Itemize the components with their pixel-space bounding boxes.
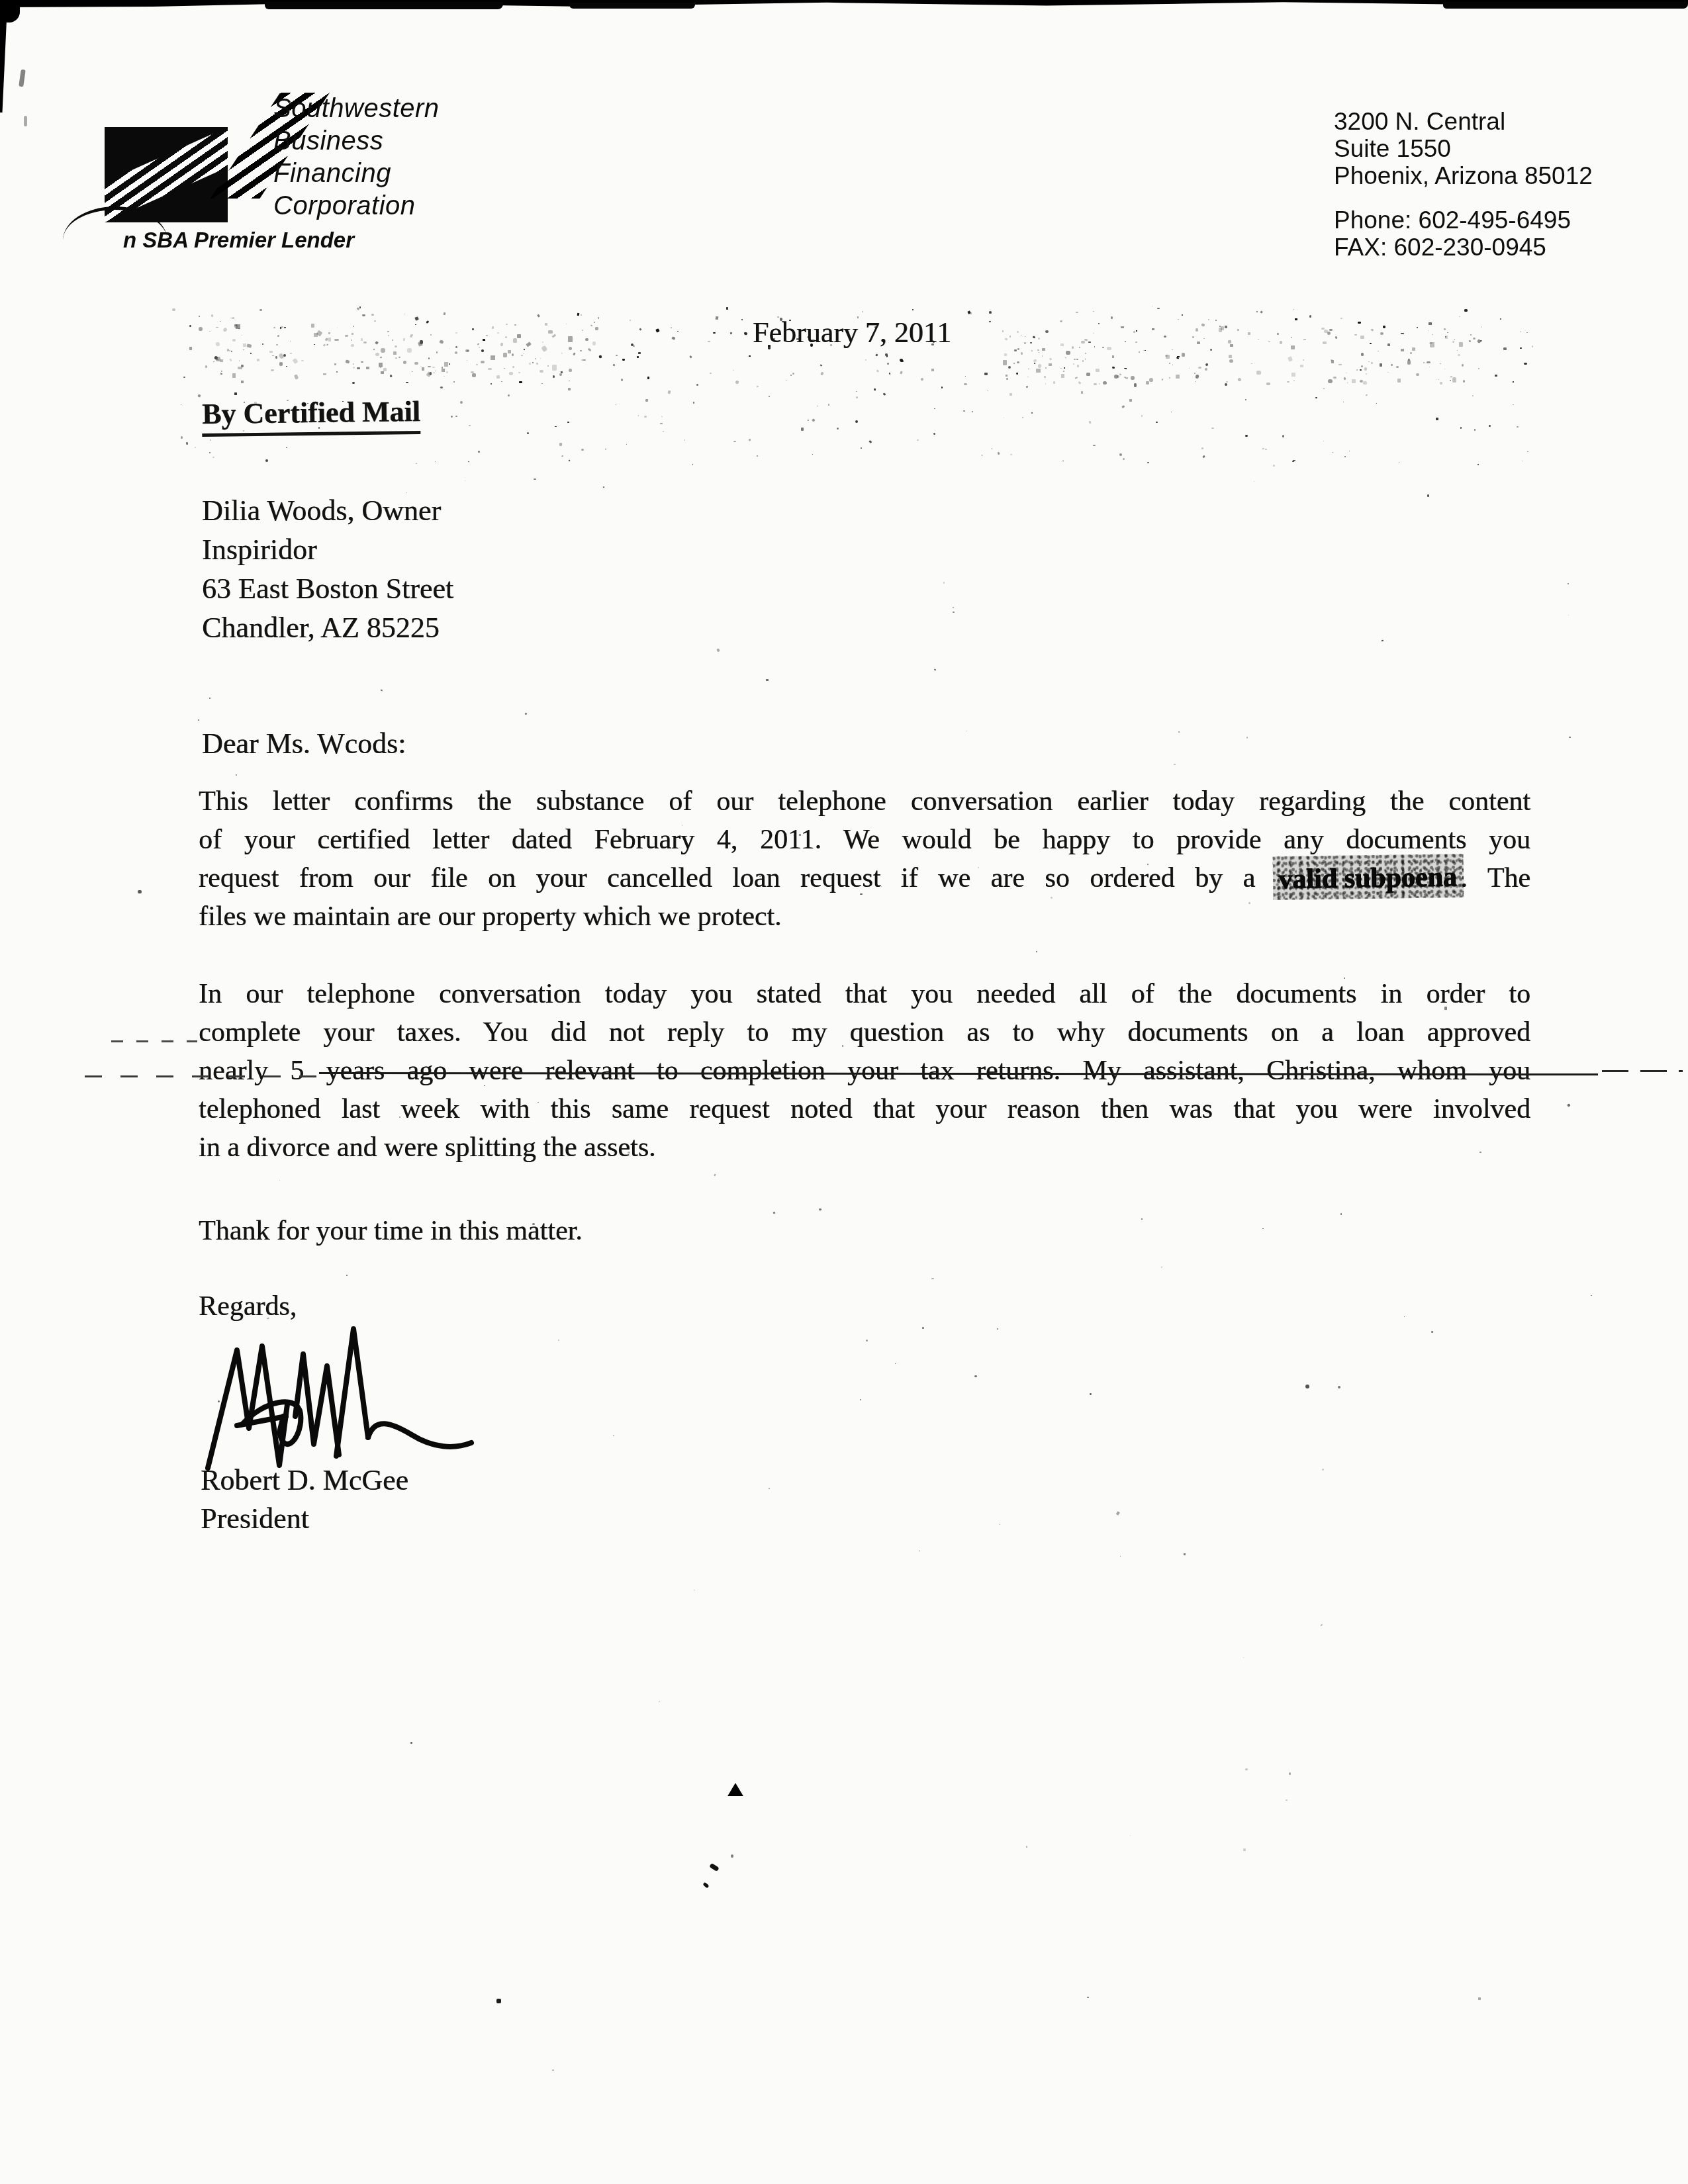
scan-noise-speck [1432,334,1433,336]
scan-noise-speck [484,1085,485,1086]
scan-noise-speck [1520,347,1522,349]
scan-noise-speck [1198,367,1202,369]
scan-noise-speck [573,353,577,356]
scan-noise-speck [1112,355,1114,357]
letter-date: February 7, 2011 [753,316,951,349]
scan-noise-speck [1477,464,1479,465]
scan-noise-speck [1237,329,1239,331]
company-tagline: n SBA Premier Lender [123,228,354,253]
scan-noise-speck [1513,404,1513,405]
scan-noise-speck [220,359,223,362]
scan-noise-speck [1524,363,1526,365]
scan-noise-speck [1407,360,1411,364]
scanned-letter-page: { "letterhead": { "company_lines": ["Sou… [0,0,1688,2184]
scan-noise-speck [638,352,640,354]
scan-noise-speck [361,361,363,363]
scan-noise-speck [287,400,289,401]
scan-noise-speck [428,357,430,359]
scan-noise-speck [1026,1846,1027,1848]
scan-noise-speck [1321,1625,1323,1627]
scan-noise-speck [920,378,924,382]
scan-noise-speck [943,582,945,584]
scan-noise-speck [1360,380,1363,383]
scan-noise-speck [655,329,659,333]
scan-noise-speck [430,334,432,335]
signer-block: Robert D. McGee President [201,1461,408,1538]
scan-noise-speck [594,322,595,322]
scan-noise-speck [1229,355,1232,358]
scan-noise-speck [262,343,264,345]
scan-noise-speck [1368,361,1369,362]
scan-noise-speck [1042,348,1045,351]
scan-noise-speck [1591,1295,1592,1297]
salutation: Dear Ms. Wcods: [202,727,406,760]
scan-noise-speck [541,383,543,384]
scan-noise-speck [933,432,936,434]
scan-noise-speck [716,648,720,652]
scan-noise-speck [1078,381,1082,385]
scan-noise-speck [559,442,561,445]
scan-noise-speck [250,353,252,354]
scan-artifact-dash [111,1040,197,1042]
scan-noise-speck [1136,330,1137,332]
scan-artifact-speck [138,890,142,893]
scan-noise-speck [749,355,751,357]
scan-noise-speck [209,452,211,454]
scan-noise-speck [540,358,541,359]
scan-noise-speck [1245,435,1248,437]
scan-noise-speck [1262,448,1265,449]
scan-noise-speck [1258,339,1259,340]
scan-noise-speck [1380,363,1382,366]
scan-noise-speck [694,1590,695,1590]
phone-line: Phone: 602-495-6495 [1334,206,1571,234]
scan-noise-speck [882,392,886,396]
letterhead-phones: Phone: 602-495-6495 FAX: 602-230-0945 [1334,206,1571,261]
scan-noise-speck [1470,334,1472,336]
scan-noise-speck [500,342,504,346]
scan-noise-speck [1277,333,1279,335]
scan-noise-speck [876,354,878,357]
scan-noise-speck [218,1400,220,1402]
scan-noise-speck [1346,373,1346,373]
scan-noise-speck [346,359,350,363]
scan-noise-speck [467,360,467,361]
scan-noise-speck [1327,332,1331,336]
scan-noise-speck [869,440,872,443]
scan-noise-speck [238,367,242,370]
scan-noise-speck [974,1375,977,1377]
scan-noise-speck [213,361,214,362]
scan-noise-speck [1038,338,1041,339]
scan-noise-speck [292,358,298,364]
scan-noise-speck [1152,328,1154,330]
scan-noise-speck [1146,381,1149,385]
scan-artifact-speck [1305,1385,1309,1388]
scan-noise-speck [1169,363,1170,364]
scan-noise-speck [1568,615,1569,615]
scan-noise-speck [523,353,524,354]
scan-noise-speck [410,334,413,336]
scan-noise-speck [412,371,412,372]
scan-noise-speck [509,372,513,376]
scan-noise-speck [483,339,485,340]
scan-noise-speck [684,439,685,440]
scan-noise-speck [1474,429,1476,430]
scan-noise-speck [1361,365,1363,367]
scan-noise-speck [912,309,914,310]
scan-noise-speck [622,359,625,361]
scan-noise-speck [395,357,397,359]
company-name-line: Southwestern [273,93,440,125]
scan-noise-speck [1119,453,1122,456]
signature [199,1317,556,1482]
scan-noise-speck [416,463,417,464]
scan-noise-speck [519,381,522,383]
scan-noise-speck [1182,353,1185,357]
scan-noise-speck [1410,352,1412,354]
company-name-line: Business [273,125,440,158]
scan-noise-speck [1404,1316,1405,1318]
scan-noise-speck [1248,902,1250,904]
scan-noise-speck [286,447,287,448]
scan-noise-speck [922,1327,924,1329]
scan-noise-speck [743,332,747,336]
scan-noise-speck [1026,386,1028,388]
scan-noise-speck [529,363,531,364]
scan-noise-speck [1469,340,1471,342]
scan-noise-speck [481,349,484,352]
scan-noise-speck [1208,319,1209,320]
scan-noise-speck [337,328,338,328]
scan-noise-speck [1460,427,1462,429]
scan-noise-speck [1189,368,1190,369]
scan-noise-speck [592,341,596,345]
scan-noise-speck [460,401,463,404]
scan-noise-speck [1568,583,1570,584]
scan-noise-speck [1147,462,1149,463]
scan-noise-speck [276,344,278,346]
scan-noise-speck [362,314,365,316]
scan-noise-speck [1088,420,1091,424]
scan-noise-speck [568,388,571,390]
scan-noise-speck [1407,353,1407,354]
scan-noise-speck [1361,353,1364,356]
scan-noise-speck [726,307,728,310]
scan-noise-speck [532,1223,535,1225]
scan-noise-speck [860,893,863,895]
scan-noise-speck [1196,374,1199,379]
scan-noise-speck [205,365,207,368]
scan-noise-speck [1002,330,1004,332]
scan-noise-speck [1251,363,1252,364]
scan-noise-speck [254,402,256,404]
scan-noise-speck [1256,371,1260,374]
scan-noise-speck [1237,377,1242,382]
scan-noise-speck [626,444,627,445]
scan-noise-speck [741,319,743,320]
scan-noise-speck [972,411,973,412]
scan-noise-speck [1472,395,1474,397]
body-line: complete your taxes. You did not reply t… [199,1013,1530,1052]
scan-noise-speck [1098,323,1100,324]
scan-noise-speck [1382,639,1384,641]
scan-noise-speck [769,1488,771,1488]
recipient-line: 63 East Boston Street [202,569,453,608]
scan-noise-speck [1300,365,1303,367]
scan-noise-speck [1039,352,1039,353]
scan-noise-speck [817,406,818,407]
scan-noise-speck [1121,326,1124,328]
scan-noise-speck [410,336,412,338]
scan-noise-speck [279,362,283,366]
scan-noise-speck [269,351,272,353]
body-line: of your certified letter dated February … [199,821,1530,859]
scan-noise-speck [917,439,919,441]
scan-noise-speck [1021,352,1023,355]
scan-noise-speck [1111,366,1115,369]
scan-noise-speck [195,447,195,449]
scan-noise-speck [346,1275,348,1276]
scan-noise-speck [259,309,262,310]
scan-noise-speck [294,375,299,380]
scan-noise-speck [1086,373,1090,376]
scan-noise-speck [229,350,231,352]
scan-noise-speck [476,364,478,365]
scan-noise-speck [997,451,1000,455]
scan-noise-speck [966,731,966,731]
scan-noise-speck [1141,1218,1142,1220]
scan-noise-speck [1201,323,1205,326]
scan-noise-speck [181,436,183,438]
scan-noise-speck [1463,380,1466,382]
scan-noise-speck [964,383,967,385]
scan-noise-speck [234,392,236,394]
scan-noise-speck [1169,377,1171,379]
scan-noise-speck [1120,1556,1121,1557]
scan-noise-speck [536,363,538,365]
scan-noise-speck [1309,315,1311,318]
scan-noise-speck [1512,381,1514,383]
scan-noise-speck [1229,359,1233,363]
scan-noise-speck [1205,368,1207,371]
scan-noise-speck [1416,373,1419,376]
scan-noise-speck [1085,353,1086,353]
scan-noise-speck [1074,359,1076,360]
scan-noise-speck [1347,383,1348,383]
scan-artifact-top-blob [1443,2,1688,9]
scan-noise-speck [934,408,935,409]
scan-noise-speck [1117,375,1119,378]
scan-noise-speck [1049,357,1053,361]
scan-noise-speck [1131,376,1135,380]
scan-noise-speck [1338,1386,1340,1388]
scan-noise-speck [328,332,330,334]
scan-noise-speck [566,324,567,324]
scan-noise-speck [693,402,694,404]
body-line: This letter confirms the substance of ou… [199,782,1530,821]
scan-noise-speck [1387,372,1389,373]
scan-noise-speck [953,607,954,608]
scan-noise-speck [812,339,815,341]
scan-noise-speck [559,373,563,376]
scan-noise-speck [1358,322,1361,324]
scan-noise-speck [1031,349,1033,351]
scan-noise-speck [552,365,557,371]
scan-noise-speck [1171,412,1172,412]
scan-noise-speck [172,308,175,311]
scan-noise-speck [1094,346,1096,347]
scan-noise-speck [449,348,450,349]
scan-noise-speck [1333,452,1334,453]
scan-noise-speck [1428,330,1429,331]
scan-artifact-fax-line-dashes [85,1075,320,1077]
scan-noise-speck [506,324,507,325]
scan-noise-speck [1523,461,1523,461]
scan-noise-speck [536,358,536,359]
scan-noise-speck [216,341,220,346]
scan-noise-speck [1178,319,1179,320]
scan-noise-speck [451,415,453,418]
scan-noise-speck [1149,378,1153,382]
signer-name: Robert D. McGee [201,1461,408,1500]
scan-noise-speck [812,418,815,422]
scan-noise-speck [1003,360,1007,365]
scan-noise-speck [229,359,232,362]
scan-noise-speck [432,367,435,368]
scan-noise-speck [786,380,787,381]
scan-noise-speck [1364,367,1366,371]
scan-noise-speck [639,328,641,330]
scan-noise-speck [1387,343,1390,346]
scan-noise-speck [1436,418,1438,420]
scan-noise-speck [1060,320,1062,322]
scan-noise-speck [352,382,355,384]
scan-noise-speck [1064,367,1065,369]
scan-noise-speck [865,359,866,361]
body-line: In our telephone conversation today you … [199,975,1530,1013]
scan-noise-speck [1209,348,1212,351]
scan-noise-speck [757,386,759,388]
scan-noise-speck [444,376,445,377]
scan-noise-speck [1371,362,1374,364]
scan-noise-speck [1323,388,1325,389]
scan-noise-speck [1103,381,1107,385]
scan-noise-speck [353,363,354,364]
scan-noise-speck [581,314,582,316]
body-line: files we maintain are our property which… [199,897,1530,936]
scan-noise-speck [1090,1393,1092,1395]
scan-noise-speck [1329,329,1333,332]
scan-noise-speck [580,350,581,351]
scan-noise-speck [1370,343,1372,344]
scan-noise-speck [581,359,583,361]
scan-noise-speck [1034,363,1036,365]
scan-noise-speck [232,339,236,341]
scan-noise-speck [1489,425,1491,427]
scan-noise-speck [277,335,279,337]
scan-noise-speck [1062,461,1064,461]
scan-noise-speck [1323,330,1327,334]
scan-noise-speck [1145,350,1146,351]
scan-noise-speck [1205,363,1208,366]
scan-noise-speck [552,334,557,338]
scan-noise-speck [353,326,354,327]
scan-noise-speck [469,425,471,426]
scan-noise-speck [1004,353,1007,356]
scan-noise-speck [1291,345,1295,349]
scan-noise-speck [568,460,569,461]
scan-noise-speck [1454,340,1456,341]
scan-noise-speck [1396,366,1399,368]
scan-noise-speck [541,345,548,353]
scan-noise-speck [183,377,185,378]
scan-noise-speck [1288,356,1293,361]
scan-noise-speck [1074,377,1077,379]
body-line: telephoned last week with this same requ… [199,1090,1530,1128]
scan-noise-speck [895,1363,896,1364]
letter-body: This letter confirms the substance of ou… [199,782,1530,1206]
scan-noise-speck [1459,316,1460,318]
scan-noise-speck [1495,375,1497,377]
scan-noise-speck [199,316,200,317]
scan-noise-speck [1134,383,1137,387]
scan-noise-speck [992,448,993,449]
scan-noise-speck [1143,350,1144,351]
scan-noise-speck [1096,369,1100,371]
scan-noise-speck [381,371,384,374]
scan-noise-speck [492,326,494,329]
scan-noise-speck [539,370,543,373]
scan-noise-speck [449,363,451,365]
scan-noise-speck [1360,336,1364,338]
scan-noise-speck [284,327,286,328]
scan-noise-speck [1287,381,1289,383]
scan-noise-speck [613,1435,614,1436]
scan-noise-speck [1017,348,1019,350]
scan-noise-speck [433,373,435,374]
scan-noise-speck [1481,326,1482,328]
scan-noise-speck [1526,332,1528,333]
scan-noise-speck [1230,344,1233,347]
scan-noise-speck [1005,338,1008,341]
scan-noise-speck [1028,369,1029,369]
scan-noise-speck [453,381,455,383]
scan-noise-speck [599,355,602,358]
scan-noise-speck [352,333,353,335]
scan-noise-speck [1293,381,1294,381]
scan-noise-speck [361,338,363,341]
scan-noise-speck [689,355,692,359]
scan-noise-speck [1016,372,1019,375]
scan-noise-speck [1123,458,1125,460]
scan-noise-speck [569,347,572,350]
scan-noise-speck [388,335,389,336]
scan-noise-speck [987,390,988,390]
scan-noise-speck [1025,336,1025,337]
scan-noise-speck [1044,376,1046,379]
letterhead-address: 3200 N. Central Suite 1550 Phoenix, Ariz… [1334,108,1593,189]
scan-noise-speck [414,362,418,365]
scan-noise-speck [345,335,348,337]
scan-noise-speck [677,331,679,332]
scan-noise-speck [749,441,751,442]
scan-noise-speck [216,359,218,360]
scan-noise-speck [1094,383,1097,385]
scan-artifact-fax-line-dashes [1602,1070,1683,1072]
scan-noise-speck [1093,310,1094,312]
scan-noise-speck [375,341,379,345]
